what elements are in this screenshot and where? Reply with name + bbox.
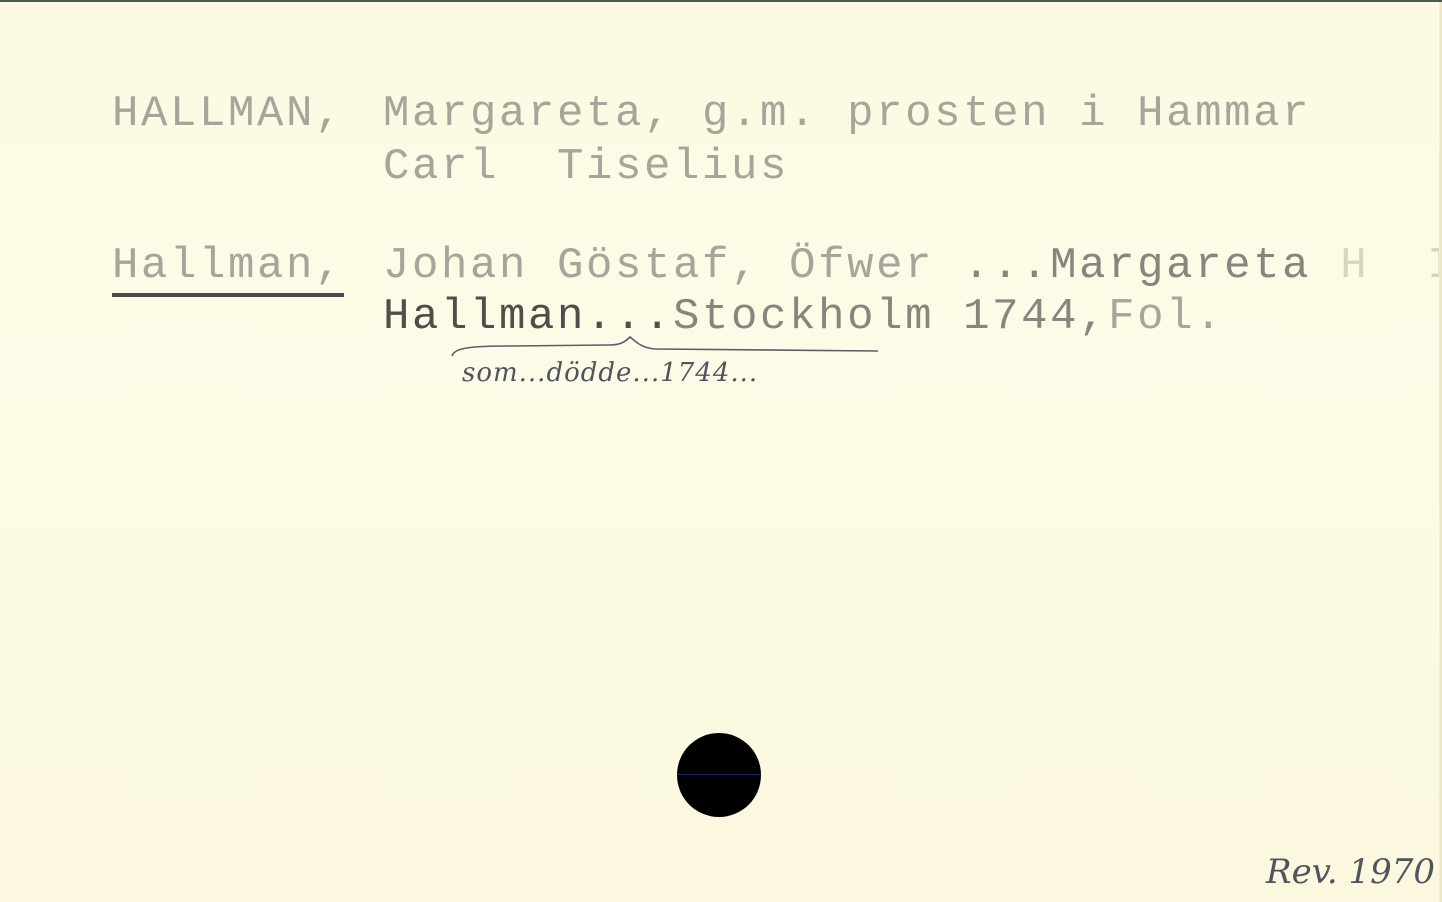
handwritten-note: som...dödde...1744... [462, 358, 758, 388]
entry-2-title-ellipsis: ...Margareta [963, 241, 1311, 291]
entry-2-imprint: Stockholm 1744, [673, 292, 1108, 342]
entry-1-heading: HALLMAN, [112, 92, 344, 136]
entry-1-line-2: Carl Tiselius [383, 145, 789, 189]
punch-hole [677, 733, 761, 817]
entry-2-author-name: Johan Göstaf, [383, 241, 760, 291]
entry-2-line-1: Johan Göstaf, Öfwer ...Margareta H I [383, 244, 1442, 288]
entry-2-heading-text: Hallman, [112, 241, 344, 297]
revision-note: Rev. 1970 [1266, 852, 1435, 892]
entry-2-heading: Hallman, [112, 244, 344, 288]
entry-2-title-end: Hallman... [383, 292, 673, 342]
entry-2-title-start: Öfwer [789, 241, 934, 291]
entry-1-line-1: Margareta, g.m. prosten i Hammar [383, 92, 1311, 136]
entry-2-format: Fol. [1108, 292, 1224, 342]
entry-2-line-2: Hallman...Stockholm 1744,Fol. [383, 295, 1224, 339]
entry-2-title-faded: H I [1340, 241, 1442, 291]
handwritten-brace-icon [450, 336, 880, 358]
catalog-card: HALLMAN, Margareta, g.m. prosten i Hamma… [0, 0, 1442, 902]
